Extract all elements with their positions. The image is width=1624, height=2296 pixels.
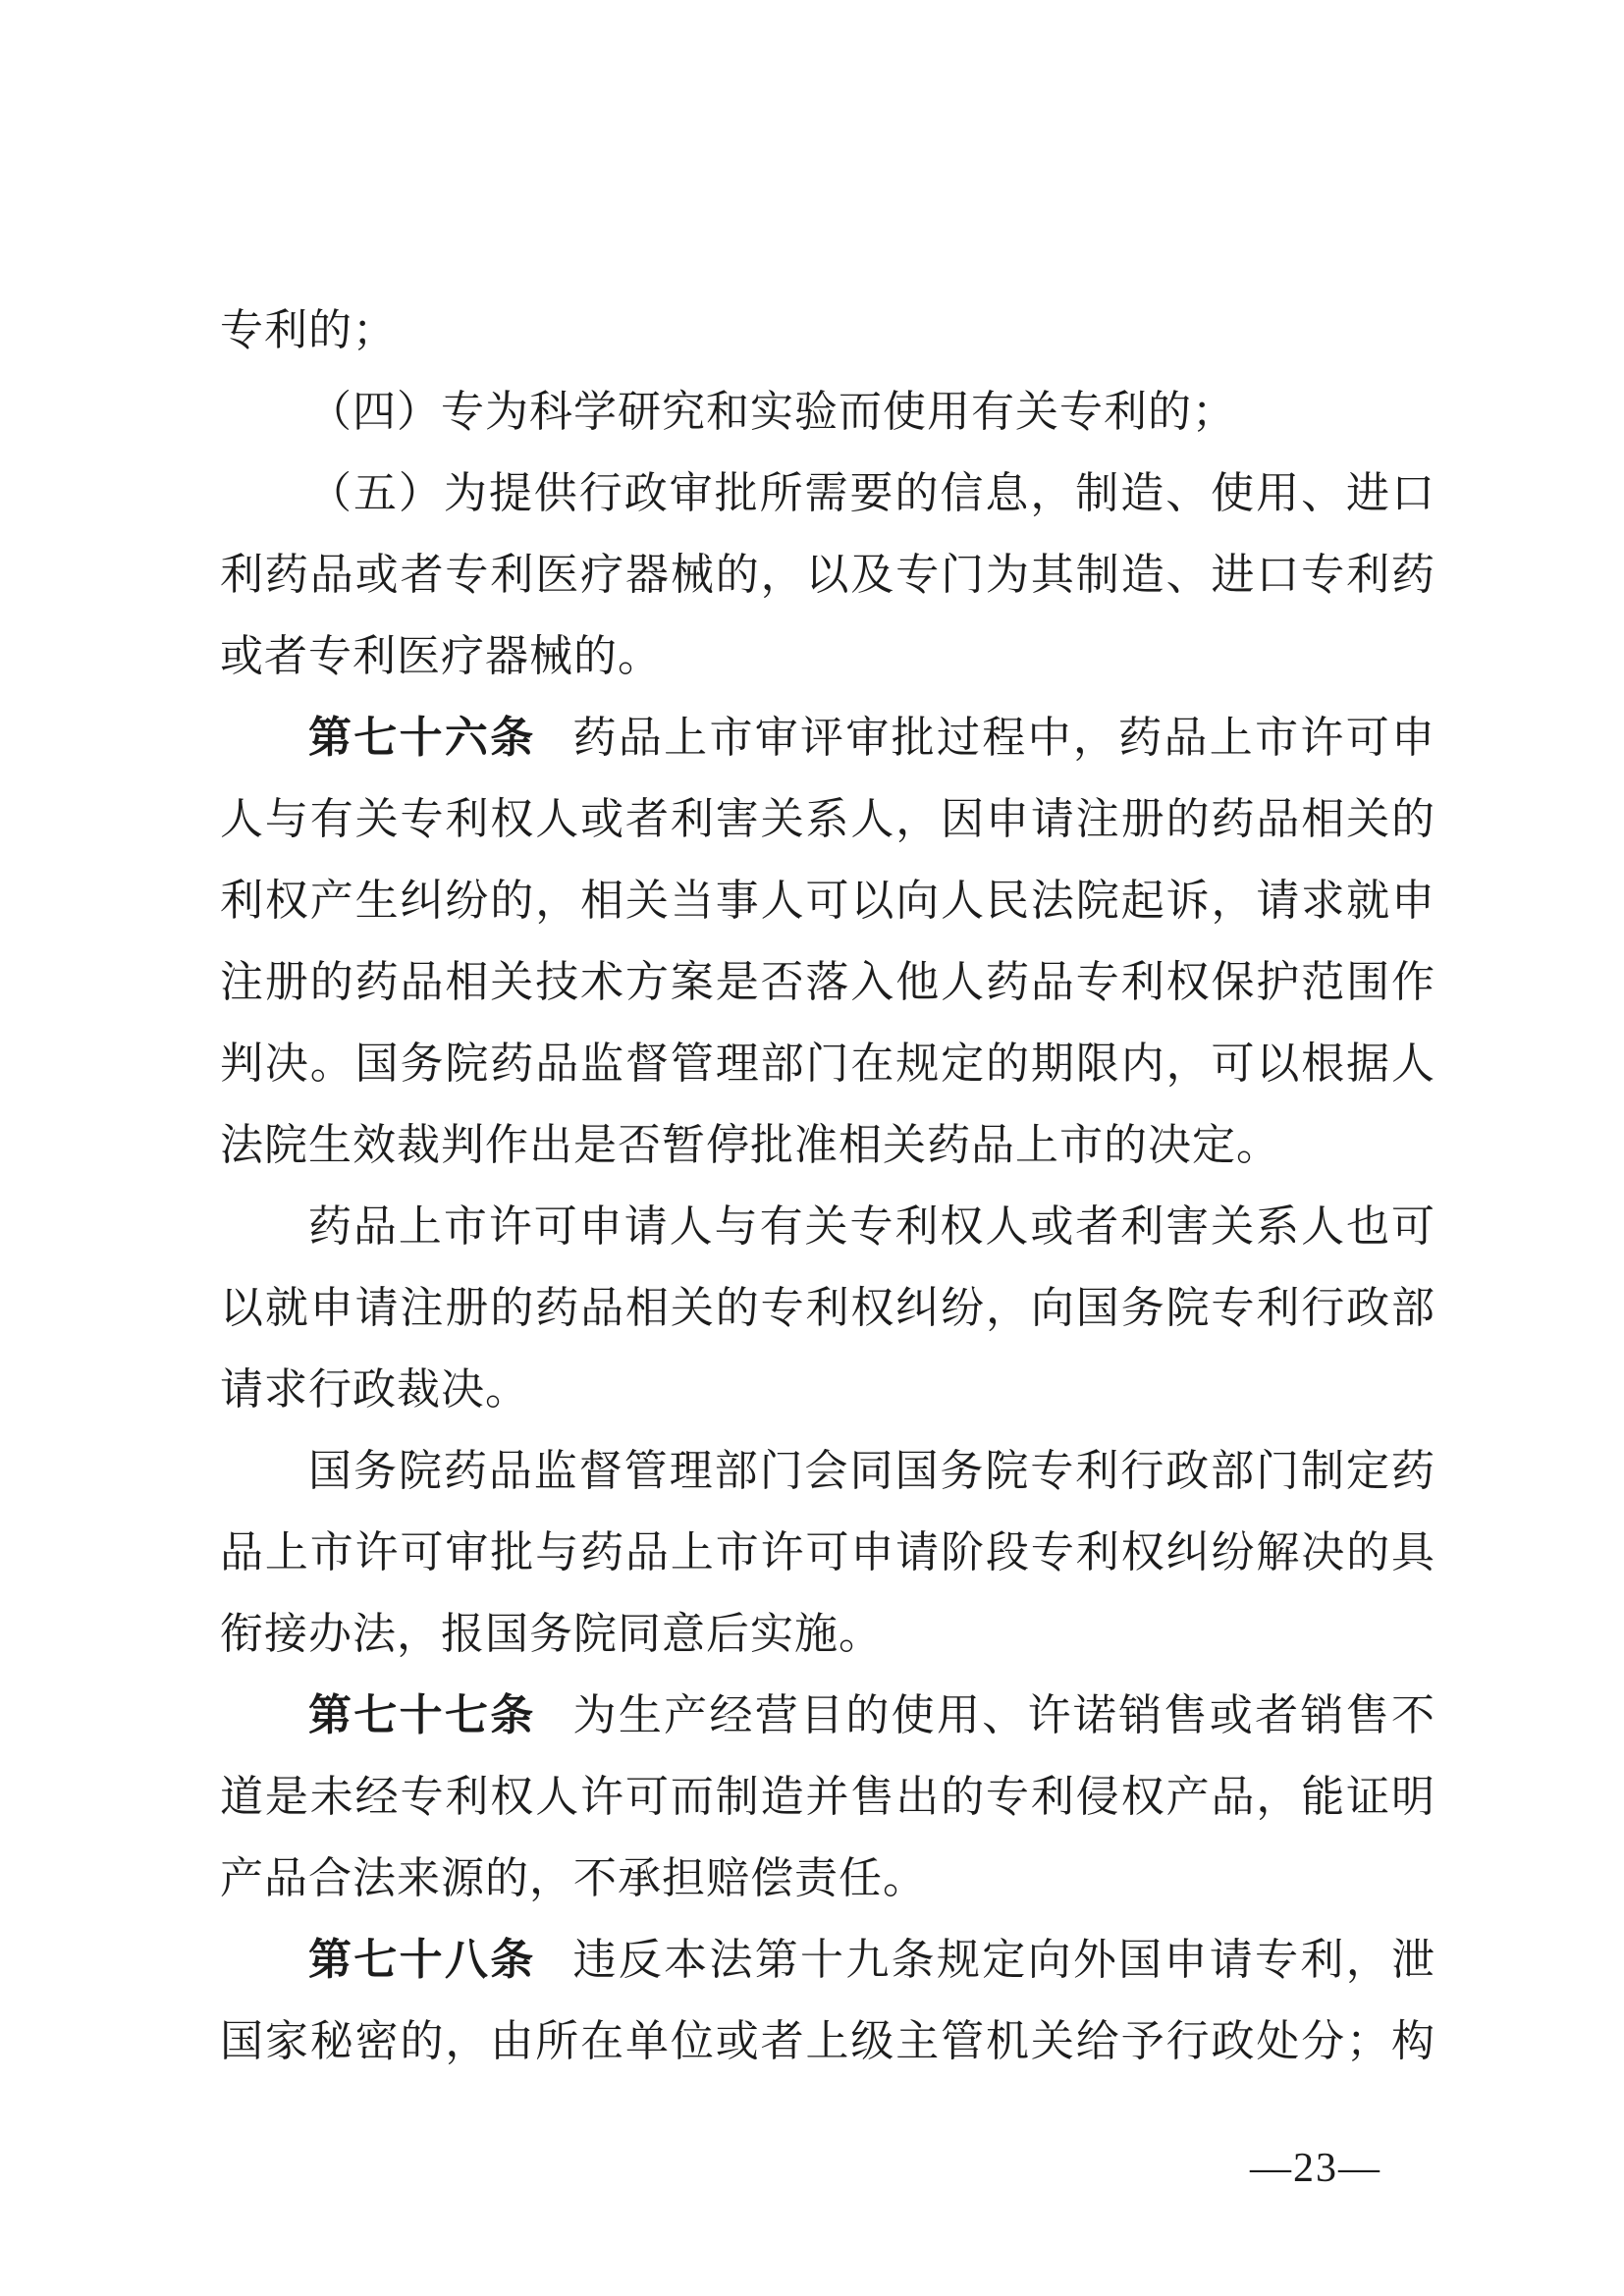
text-line: 利权产生纠纷的，相关当事人可以向人民法院起诉，请求就申请 — [220, 860, 1435, 941]
document-page: 专利的；（四）专为科学研究和实验而使用有关专利的；（五）为提供行政审批所需要的信… — [0, 0, 1624, 2296]
text-line: 衔接办法，报国务院同意后实施。 — [220, 1593, 1435, 1675]
text-line: 法院生效裁判作出是否暂停批准相关药品上市的决定。 — [220, 1104, 1435, 1186]
text-line: 国务院药品监督管理部门会同国务院专利行政部门制定药 — [220, 1430, 1435, 1512]
text-line: （四）专为科学研究和实验而使用有关专利的； — [220, 371, 1435, 453]
article-number: 第七十六条 — [308, 714, 536, 762]
text-line: 利药品或者专利医疗器械的，以及专门为其制造、进口专利药品 — [220, 534, 1435, 615]
text-line: 或者专利医疗器械的。 — [220, 615, 1435, 697]
text-line: 第七十七条为生产经营目的使用、许诺销售或者销售不知 — [220, 1675, 1435, 1756]
text-line: 以就申请注册的药品相关的专利权纠纷，向国务院专利行政部门 — [220, 1267, 1435, 1349]
article-number: 第七十八条 — [308, 1936, 536, 1984]
article-number: 第七十七条 — [308, 1691, 536, 1739]
page-number: —23— — [1250, 2146, 1381, 2191]
text-block: 专利的；（四）专为科学研究和实验而使用有关专利的；（五）为提供行政审批所需要的信… — [220, 290, 1435, 2082]
text-line: 道是未经专利权人许可而制造并售出的专利侵权产品，能证明该 — [220, 1756, 1435, 1838]
text-line: 注册的药品相关技术方案是否落入他人药品专利权保护范围作出 — [220, 941, 1435, 1023]
text-line: 专利的； — [220, 290, 1435, 371]
text-line: 品上市许可审批与药品上市许可申请阶段专利权纠纷解决的具体 — [220, 1512, 1435, 1593]
page-footer: —23— — [220, 2145, 1435, 2192]
text-line: 第七十八条违反本法第十九条规定向外国申请专利，泄露 — [220, 1919, 1435, 2001]
text-line: 药品上市许可申请人与有关专利权人或者利害关系人也可 — [220, 1186, 1435, 1267]
text-line: 请求行政裁决。 — [220, 1349, 1435, 1430]
text-line: 判决。国务院药品监督管理部门在规定的期限内，可以根据人民 — [220, 1023, 1435, 1104]
text-line: 人与有关专利权人或者利害关系人，因申请注册的药品相关的专 — [220, 778, 1435, 860]
text-line: 产品合法来源的，不承担赔偿责任。 — [220, 1838, 1435, 1919]
text-line: （五）为提供行政审批所需要的信息，制造、使用、进口专 — [220, 453, 1435, 534]
text-line: 国家秘密的，由所在单位或者上级主管机关给予行政处分；构成 — [220, 2001, 1435, 2082]
text-line: 第七十六条药品上市审评审批过程中，药品上市许可申请 — [220, 697, 1435, 778]
